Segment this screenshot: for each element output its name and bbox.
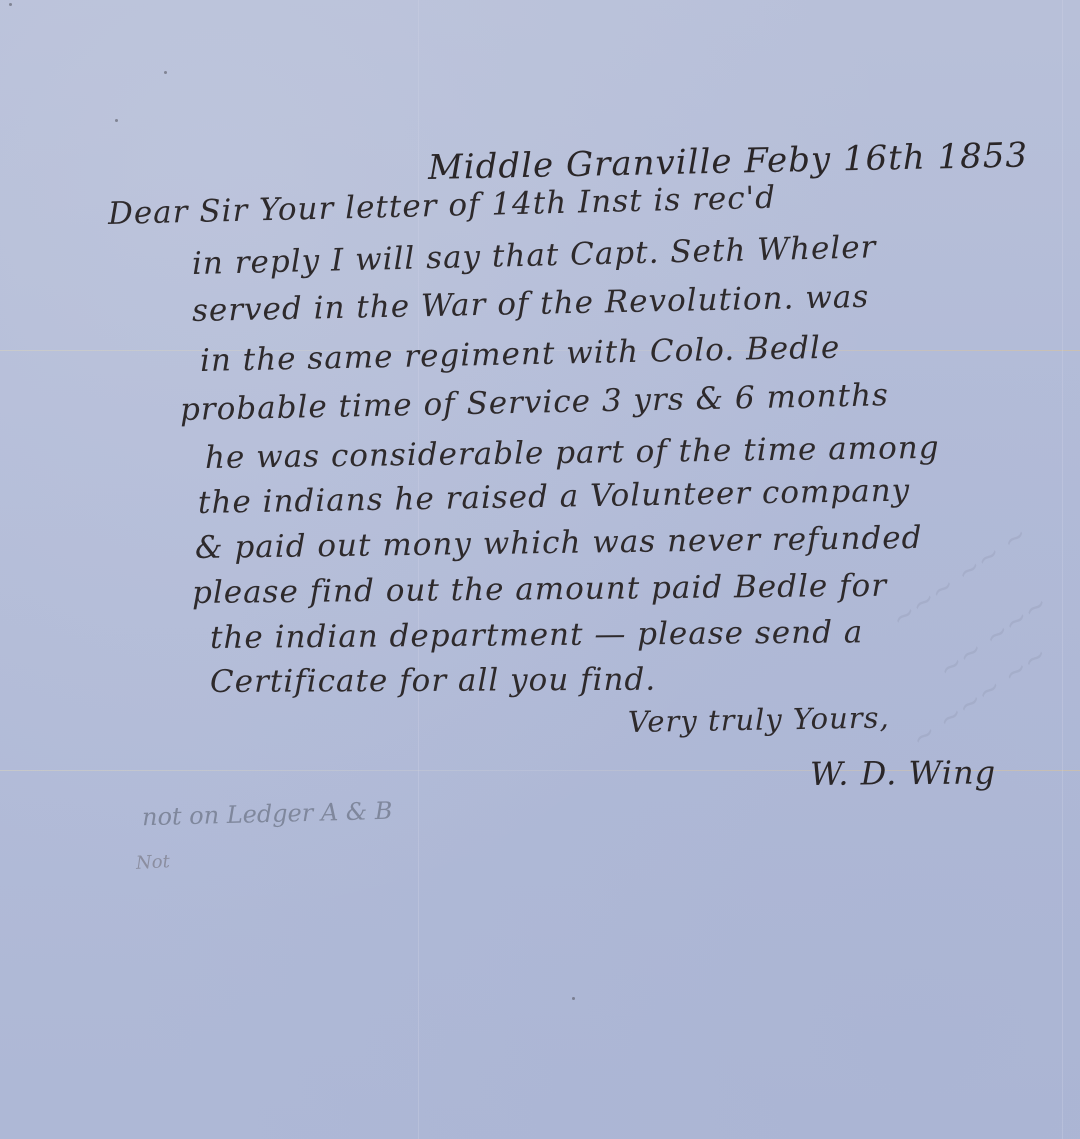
vertical-crease [1062,0,1063,1139]
paper-speck [164,71,167,74]
letter-body-line: & paid out mony which was never refunded [195,520,923,566]
letter-body-line: Certificate for all you find. [210,662,656,700]
letter-body-line: in the same regiment with Colo. Bedle [200,330,841,379]
vertical-crease [418,0,419,1139]
letter-page: ~~~ ~~ ~ ~~ ~~~ ~ ~~~ ~~ Middle Granvill… [0,0,1080,1139]
letter-body-line: served in the War of the Revolution. was [192,279,870,329]
pencil-annotation: not on Ledger A & B [142,797,393,832]
letter-body-line: the indians he raised a Volunteer compan… [198,473,911,521]
paper-speck [9,3,12,6]
letter-body-line: the indian department — please send a [210,614,864,656]
letter-body-line: Dear Sir Your letter of 14th Inst is rec… [108,180,777,232]
letter-body-line: he was considerable part of the time amo… [205,430,940,476]
letter-closing: Very truly Yours, [628,700,890,739]
paper-speck [115,119,118,122]
pencil-annotation: Not [135,851,170,874]
letter-signature: W. D. Wing [810,753,996,793]
paper-speck [572,997,575,1000]
letter-body-line: please find out the amount paid Bedle fo… [192,568,887,611]
letter-body-line: in reply I will say that Capt. Seth Whel… [192,229,877,282]
letter-body-line: probable time of Service 3 yrs & 6 month… [180,377,890,428]
